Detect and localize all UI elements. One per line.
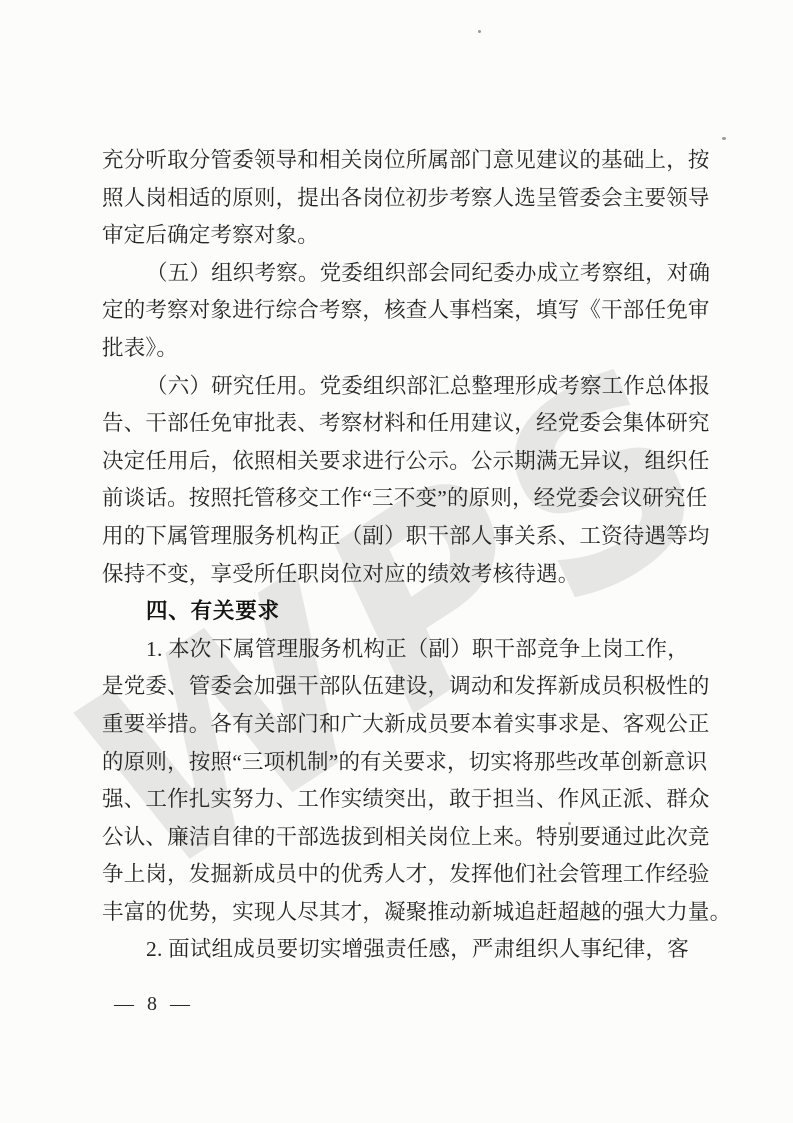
text-line: 审定后确定考察对象。 [102,217,718,255]
text-line: 是党委、管委会加强干部队伍建设，调动和发挥新成员积极性的 [102,668,718,706]
text-line: 公认、廉洁自律的干部选拔到相关岗位上来。特别要通过此次竞 [102,819,718,857]
text-line: 1. 本次下属管理服务机构正（副）职干部竞争上岗工作， [102,631,718,669]
text-line: 的原则，按照“三项机制”的有关要求，切实将那些改革创新意识 [102,744,718,782]
text-line: 丰富的优势，实现人尽其才，凝聚推动新城追赶超越的强大力量。 [102,894,718,932]
document-body: 充分听取分管委领导和相关岗位所属部门意见建议的基础上，按 照人岗相适的原则，提出… [102,142,718,969]
text-line: （五）组织考察。党委组织部会同纪委办成立考察组，对确 [102,255,718,293]
text-line: 前谈话。按照托管移交工作“三不变”的原则，经党委会议研究任 [102,480,718,518]
text-line: 批表》。 [102,330,718,368]
scan-speck [478,30,481,33]
text-line: 强、工作扎实努力、工作实绩突出，敢于担当、作风正派、群众 [102,781,718,819]
section-heading: 四、有关要求 [102,593,718,631]
scan-speck [722,137,726,140]
text-line: 照人岗相适的原则，提出各岗位初步考察人选呈管委会主要领导 [102,180,718,218]
scan-speck [568,822,571,825]
text-line: 定的考察对象进行综合考察，核查人事档案，填写《干部任免审 [102,292,718,330]
text-line: （六）研究任用。党委组织部汇总整理形成考察工作总体报 [102,368,718,406]
document-page: WPS 充分听取分管委领导和相关岗位所属部门意见建议的基础上，按 照人岗相适的原… [0,0,793,1123]
text-line: 2. 面试组成员要切实增强责任感，严肃组织人事纪律，客 [102,931,718,969]
text-line: 充分听取分管委领导和相关岗位所属部门意见建议的基础上，按 [102,142,718,180]
text-line: 重要举措。各有关部门和广大新成员要本着实事求是、客观公正 [102,706,718,744]
text-line: 争上岗，发掘新成员中的优秀人才，发挥他们社会管理工作经验 [102,856,718,894]
text-line: 用的下属管理服务机构正（副）职干部人事关系、工资待遇等均 [102,518,718,556]
text-line: 保持不变，享受所任职岗位对应的绩效考核待遇。 [102,556,718,594]
text-line: 告、干部任免审批表、考察材料和任用建议，经党委会集体研究 [102,405,718,443]
text-line: 决定任用后，依照相关要求进行公示。公示期满无异议，组织任 [102,443,718,481]
page-number: — 8 — [114,993,194,1016]
